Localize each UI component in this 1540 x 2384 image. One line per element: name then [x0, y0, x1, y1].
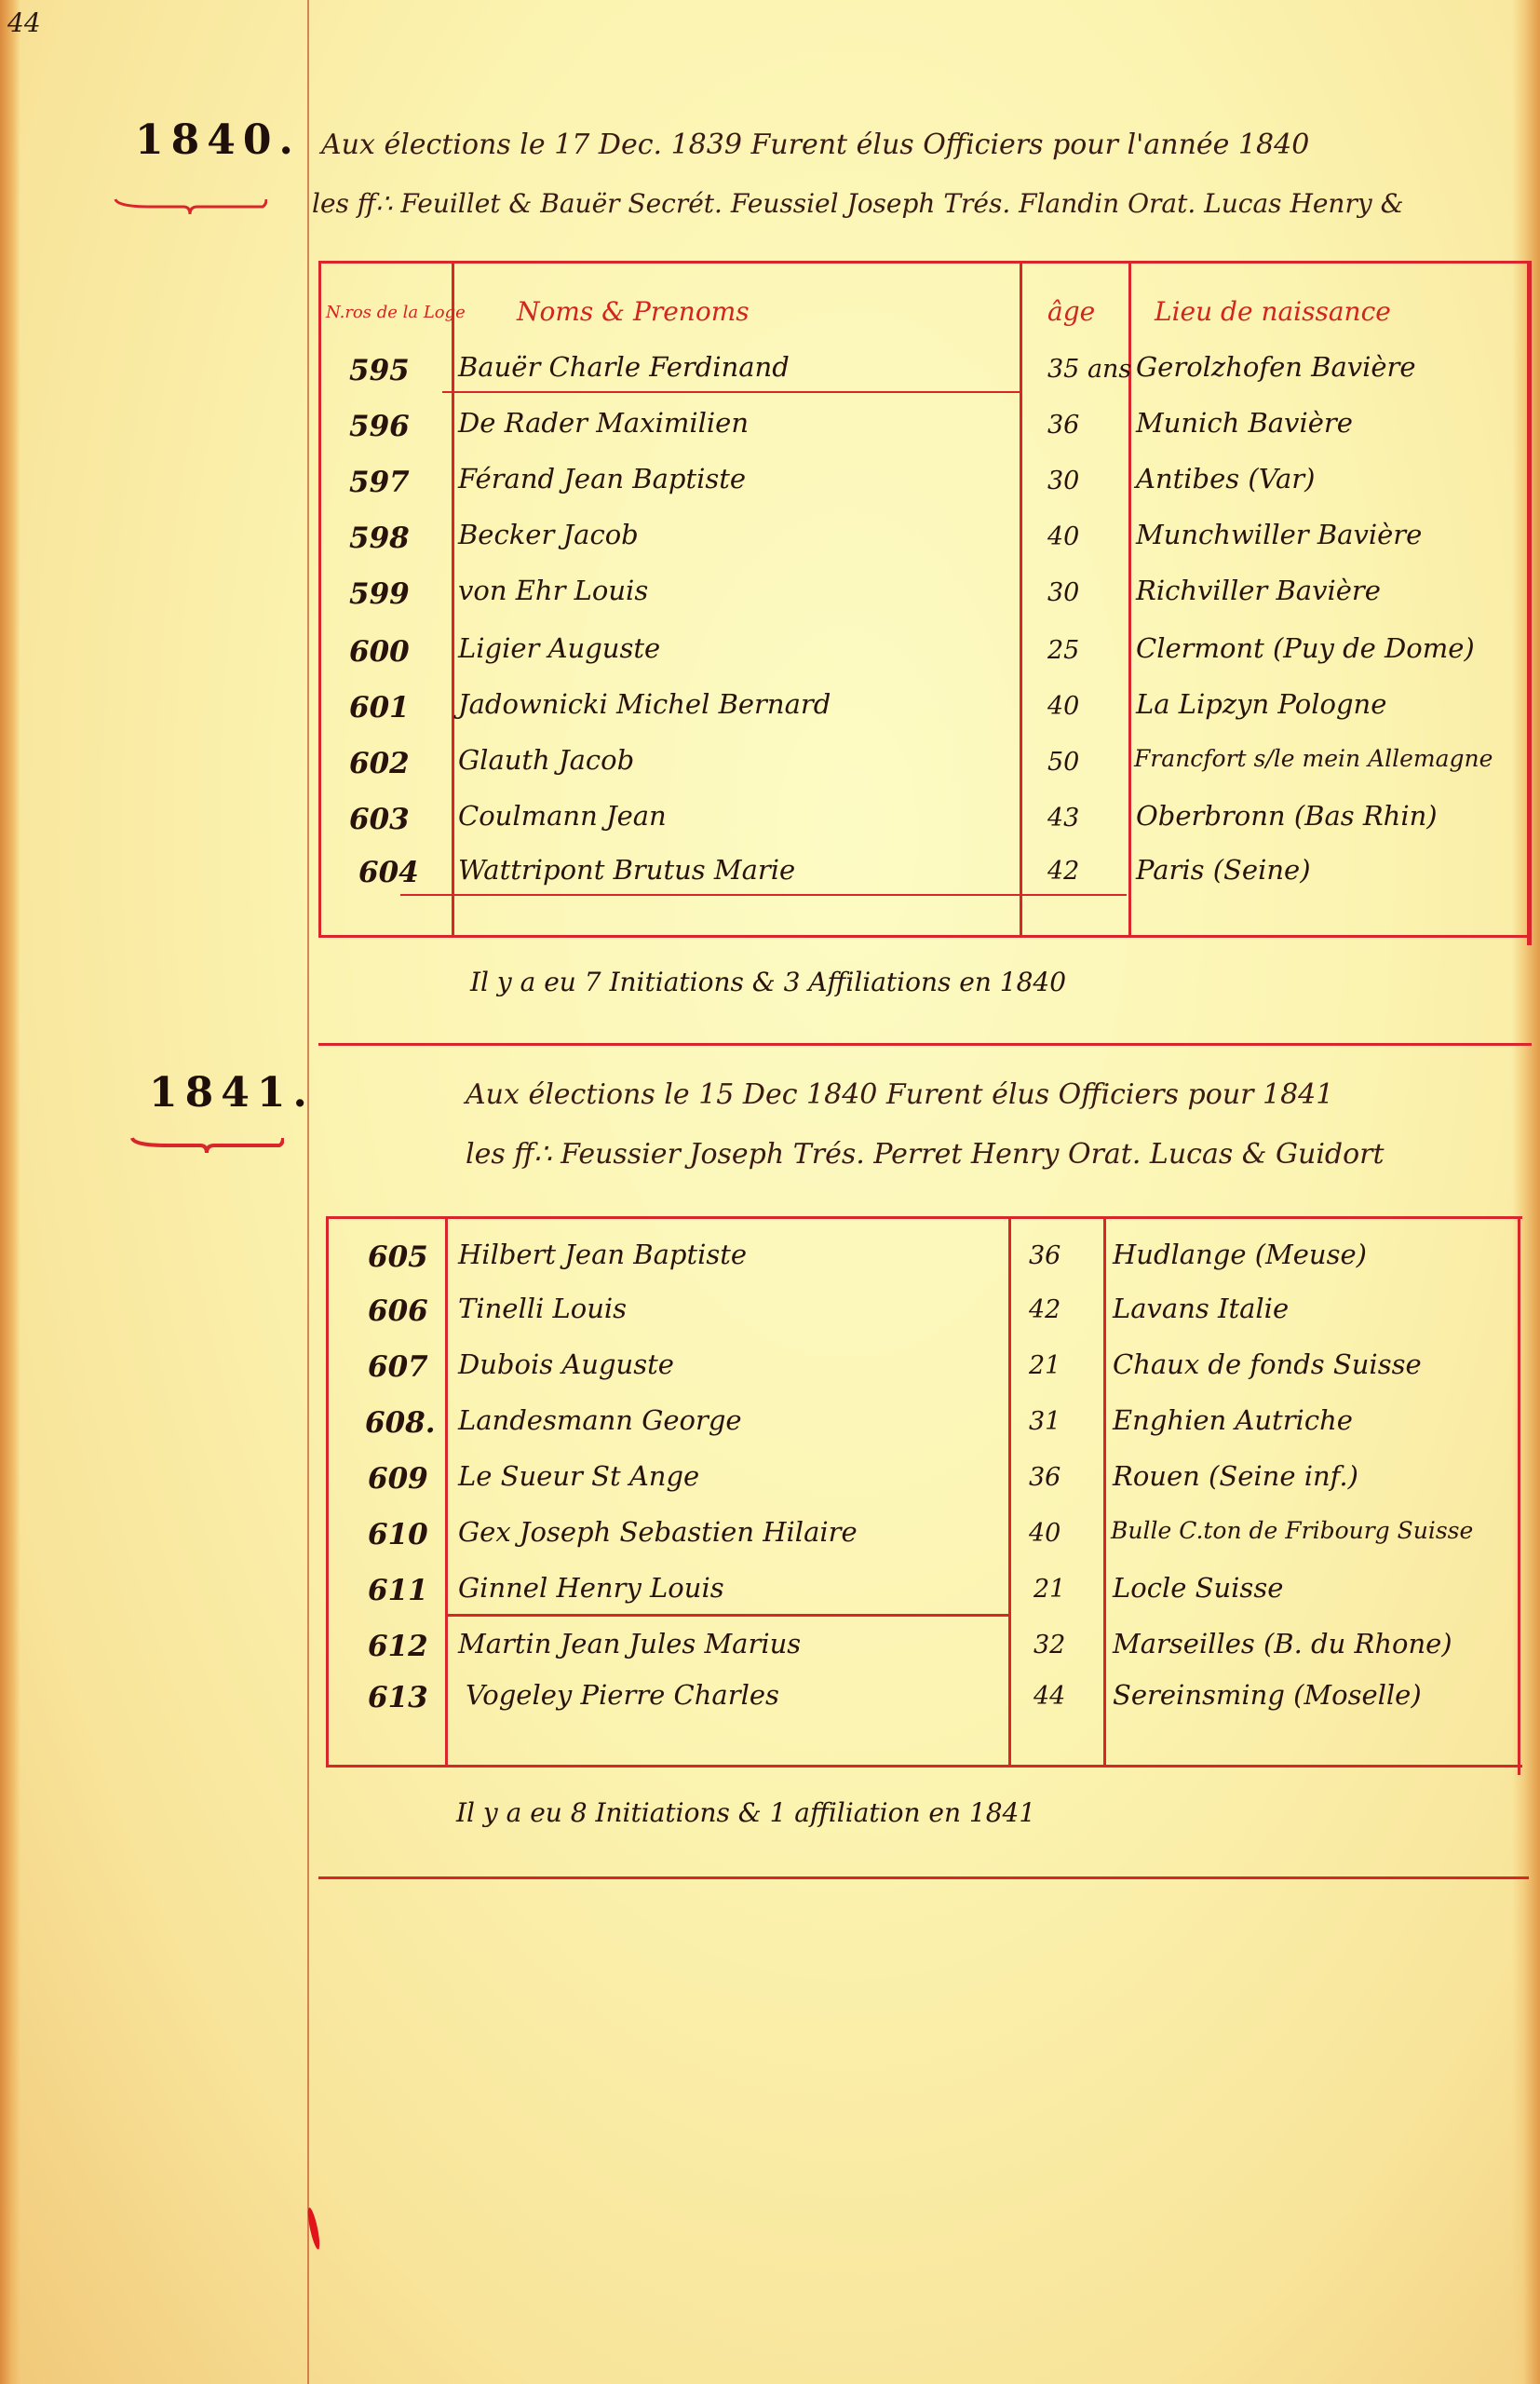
member-name: Dubois Auguste [458, 1351, 674, 1378]
member-name: Coulmann Jean [458, 803, 667, 830]
member-age: 50 [1047, 750, 1079, 775]
table-left-rule [318, 261, 321, 936]
member-birthplace: Gerolzhofen Bavière [1136, 354, 1416, 381]
member-name: Martin Jean Jules Marius [458, 1631, 801, 1658]
table-col-rule [1103, 1216, 1106, 1766]
member-age: 36 [1029, 1243, 1060, 1268]
member-birthplace: Munchwiller Bavière [1136, 521, 1422, 549]
table-left-rule [326, 1216, 329, 1766]
elections-line-1840: Aux élections le 17 Dec. 1839 Furent élu… [321, 129, 1309, 161]
member-name: Becker Jacob [458, 521, 639, 549]
row-rule [445, 1614, 1008, 1617]
member-age: 40 [1047, 694, 1079, 719]
column-header-birthplace: Lieu de naissance [1155, 296, 1391, 327]
member-age: 40 [1047, 524, 1079, 549]
member-name: Jadownicki Michel Bernard [458, 691, 831, 718]
member-age: 42 [1029, 1297, 1060, 1322]
member-number: 595 [349, 357, 410, 386]
table-right-rule [1518, 1216, 1520, 1775]
member-name: Tinelli Louis [458, 1295, 627, 1322]
member-number: 605 [368, 1243, 428, 1272]
row-rule [442, 391, 1020, 393]
member-age: 44 [1033, 1684, 1065, 1709]
member-birthplace: Bulle C.ton de Fribourg Suisse [1111, 1519, 1473, 1542]
member-birthplace: Richviller Bavière [1136, 577, 1381, 604]
table-col-rule [452, 261, 454, 936]
member-age: 40 [1029, 1521, 1060, 1546]
member-number: 600 [349, 638, 410, 667]
row-rule [400, 894, 1127, 896]
member-number: 598 [349, 524, 410, 553]
member-number: 610 [368, 1521, 428, 1550]
table-col-rule [445, 1216, 448, 1766]
member-birthplace: Clermont (Puy de Dome) [1136, 635, 1475, 662]
table-bottom-rule [326, 1765, 1522, 1768]
member-age: 32 [1033, 1632, 1065, 1658]
member-name: Le Sueur St Ange [458, 1463, 699, 1490]
member-birthplace: Locle Suisse [1113, 1575, 1283, 1602]
member-name: Férand Jean Baptiste [458, 466, 746, 493]
member-age: 36 [1047, 413, 1079, 438]
member-age: 35 ans [1047, 357, 1131, 382]
member-number: 599 [349, 580, 410, 609]
elections-line-1841: Aux élections le 15 Dec 1840 Furent élus… [466, 1078, 1333, 1111]
member-name: Gex Joseph Sebastien Hilaire [458, 1519, 858, 1546]
member-number: 597 [349, 468, 410, 497]
member-age: 31 [1029, 1409, 1060, 1434]
member-number: 606 [368, 1297, 428, 1326]
year-heading-1840: 1840. [135, 116, 301, 164]
column-header-age: âge [1047, 296, 1095, 327]
member-birthplace: Chaux de fonds Suisse [1113, 1351, 1422, 1378]
member-name: De Rader Maximilien [458, 410, 749, 437]
member-age: 21 [1033, 1577, 1065, 1602]
table-right-rule [1527, 261, 1532, 945]
member-name: Vogeley Pierre Charles [466, 1682, 779, 1709]
member-number: 603 [349, 806, 410, 834]
member-age: 21 [1029, 1353, 1060, 1378]
member-birthplace: Sereinsming (Moselle) [1113, 1682, 1422, 1709]
member-number: 596 [349, 413, 410, 441]
member-birthplace: Antibes (Var) [1136, 466, 1315, 493]
red-brace-icon [114, 196, 267, 216]
summary-1841: Il y a eu 8 Initiations & 1 affiliation … [456, 1797, 1035, 1828]
year-heading-1841: 1841. [149, 1069, 315, 1117]
officers-line-1840: les ff∴ Feuillet & Bauër Secrét. Feussie… [312, 188, 1404, 219]
member-number: 601 [349, 694, 410, 723]
member-name: Ginnel Henry Louis [458, 1575, 724, 1602]
member-number: 611 [368, 1577, 428, 1605]
member-number: 602 [349, 750, 410, 779]
member-age: 36 [1029, 1465, 1060, 1490]
column-header-name: Noms & Prenoms [517, 296, 750, 327]
table-col-rule [1020, 261, 1022, 936]
member-birthplace: Enghien Autriche [1113, 1407, 1353, 1434]
member-birthplace: Marseilles (B. du Rhone) [1113, 1631, 1452, 1658]
member-name: Bauër Charle Ferdinand [458, 354, 790, 381]
member-birthplace: Paris (Seine) [1136, 857, 1311, 884]
table-top-rule [318, 261, 1532, 264]
member-birthplace: Hudlange (Meuse) [1113, 1241, 1367, 1268]
member-number: 609 [368, 1465, 428, 1494]
red-brace-icon [130, 1134, 284, 1155]
section-divider-rule [318, 1043, 1532, 1046]
member-name: Wattripont Brutus Marie [458, 857, 795, 884]
table-col-rule [1008, 1216, 1011, 1766]
member-birthplace: La Lipzyn Pologne [1136, 691, 1386, 718]
page-edge-left [0, 0, 20, 2384]
member-number: 612 [368, 1632, 428, 1661]
member-birthplace: Rouen (Seine inf.) [1113, 1463, 1358, 1490]
member-birthplace: Munich Bavière [1136, 410, 1353, 437]
member-name: Ligier Auguste [458, 635, 660, 662]
member-age: 42 [1047, 859, 1079, 884]
margin-line [307, 0, 309, 2384]
member-number: 607 [368, 1353, 428, 1382]
member-age: 25 [1047, 638, 1079, 663]
member-number: 604 [358, 859, 419, 887]
member-number: 608. [365, 1409, 436, 1438]
member-age: 30 [1047, 580, 1079, 605]
table-top-rule [326, 1216, 1522, 1219]
page-edge-right [1512, 0, 1540, 2384]
summary-1840: Il y a eu 7 Initiations & 3 Affiliations… [470, 967, 1066, 997]
member-birthplace: Lavans Italie [1113, 1295, 1289, 1322]
table-bottom-rule [318, 935, 1532, 938]
member-name: von Ehr Louis [458, 577, 648, 604]
member-name: Hilbert Jean Baptiste [458, 1241, 747, 1268]
member-name: Glauth Jacob [458, 747, 634, 774]
section-end-rule [318, 1876, 1529, 1879]
member-birthplace: Francfort s/le mein Allemagne [1134, 747, 1493, 770]
member-name: Landesmann George [458, 1407, 742, 1434]
member-age: 30 [1047, 468, 1079, 494]
column-header-number: N.ros de la Loge [326, 303, 466, 322]
member-number: 613 [368, 1684, 428, 1713]
member-birthplace: Oberbronn (Bas Rhin) [1136, 803, 1438, 830]
page-number: 44 [7, 7, 41, 38]
member-age: 43 [1047, 806, 1079, 831]
officers-line-1841: les ff∴ Feussier Joseph Trés. Perret Hen… [466, 1138, 1385, 1171]
